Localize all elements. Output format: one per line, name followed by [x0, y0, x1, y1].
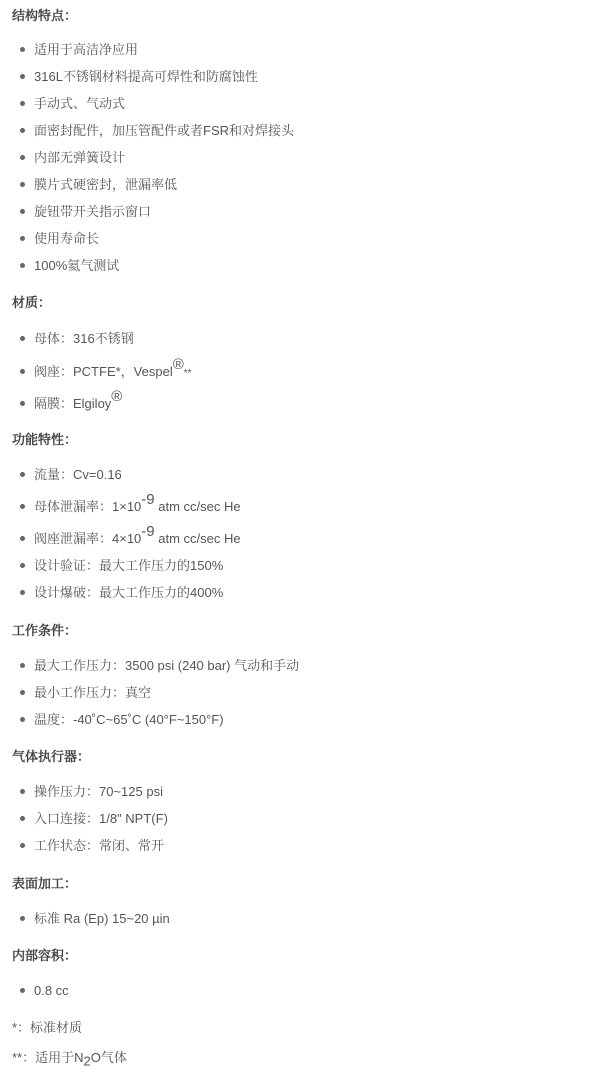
list-item: 入口连接：1/8" NPT(F): [20, 811, 168, 827]
list-item: 阀座：PCTFE*，Vespel®**: [20, 364, 192, 382]
section-heading-surface-finish: 表面加工：: [12, 876, 77, 892]
list-item: 流量：Cv=0.16: [20, 467, 122, 483]
list-item: 100%氦气测试: [20, 258, 119, 274]
section-heading-actuator: 气体执行器：: [12, 749, 90, 765]
bullet-icon: [20, 209, 25, 214]
list-item: 母体泄漏率：1×10-9 atm cc/sec He: [20, 499, 241, 515]
bullet-icon: [20, 155, 25, 160]
bullet-icon: [20, 717, 25, 722]
bullet-icon: [20, 916, 25, 921]
bullet-icon: [20, 816, 25, 821]
bullet-icon: [20, 128, 25, 133]
bullet-icon: [20, 74, 25, 79]
bullet-icon: [20, 236, 25, 241]
bullet-icon: [20, 263, 25, 268]
list-item: 标准 Ra (Ep) 15~20 µin: [20, 911, 170, 927]
footnote-n2o-gas: **：适用于N2O气体: [12, 1050, 127, 1066]
bullet-icon: [20, 988, 25, 993]
bullet-icon: [20, 47, 25, 52]
list-item: 操作压力：70~125 psi: [20, 784, 163, 800]
bullet-icon: [20, 401, 25, 406]
bullet-icon: [20, 369, 25, 374]
section-heading-material: 材质：: [12, 295, 51, 311]
section-heading-working-conditions: 工作条件：: [12, 623, 77, 639]
list-item: 适用于高洁净应用: [20, 42, 138, 58]
bullet-icon: [20, 663, 25, 668]
list-item: 使用寿命长: [20, 231, 99, 247]
registered-mark: ®: [111, 388, 122, 405]
list-item: 内部无弹簧设计: [20, 150, 125, 166]
bullet-icon: [20, 101, 25, 106]
list-item: 旋钮带开关指示窗口: [20, 204, 151, 220]
list-item: 阀座泄漏率：4×10-9 atm cc/sec He: [20, 531, 241, 547]
list-item: 面密封配件，加压管配件或者FSR和对焊接头: [20, 123, 294, 139]
bullet-icon: [20, 690, 25, 695]
list-item: 设计爆破：最大工作压力的400%: [20, 585, 223, 601]
list-item: 温度：-40˚C~65˚C (40°F~150°F): [20, 712, 224, 728]
bullet-icon: [20, 590, 25, 595]
list-item: 设计验证：最大工作压力的150%: [20, 558, 223, 574]
exponent: -9: [141, 491, 154, 508]
section-heading-function: 功能特性：: [12, 432, 77, 448]
list-item: 0.8 cc: [20, 983, 69, 999]
bullet-icon: [20, 843, 25, 848]
bullet-icon: [20, 504, 25, 509]
bullet-icon: [20, 536, 25, 541]
exponent: -9: [141, 523, 154, 540]
list-item: 最小工作压力：真空: [20, 685, 151, 701]
registered-mark: ®: [173, 356, 184, 373]
footnote-standard-material: *：标准材质: [12, 1020, 82, 1036]
list-item: 母体：316不锈钢: [20, 331, 134, 347]
list-item: 工作状态：常闭、常开: [20, 838, 164, 854]
bullet-icon: [20, 789, 25, 794]
section-heading-internal-volume: 内部容积：: [12, 948, 77, 964]
bullet-icon: [20, 182, 25, 187]
list-item: 316L不锈钢材料提高可焊性和防腐蚀性: [20, 69, 258, 85]
list-item: 手动式、气动式: [20, 96, 125, 112]
section-heading-structure: 结构特点：: [12, 8, 77, 24]
bullet-icon: [20, 563, 25, 568]
bullet-icon: [20, 336, 25, 341]
list-item: 最大工作压力：3500 psi (240 bar) 气动和手动: [20, 658, 299, 674]
list-item: 隔膜：Elgiloy®: [20, 396, 122, 412]
bullet-icon: [20, 472, 25, 477]
list-item: 膜片式硬密封，泄漏率低: [20, 177, 177, 193]
